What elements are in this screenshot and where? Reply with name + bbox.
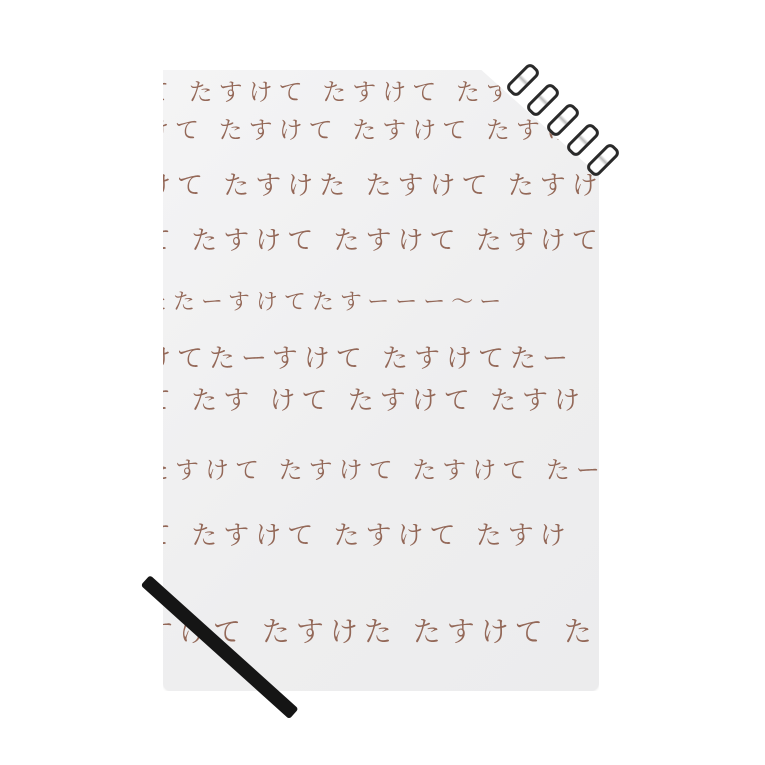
spiral-coil xyxy=(525,82,562,119)
spiral-binding xyxy=(495,62,615,182)
handwriting-line: たたーすけてたすーーー〜ー xyxy=(163,285,507,316)
handwriting-line: て たすけて たすけて たすけて xyxy=(163,220,599,257)
handwriting-line: たすけて たすけて たすけて たー xyxy=(163,450,599,485)
spiral-coil xyxy=(585,142,622,179)
handwriting-line: けてたーすけて たすけてたー xyxy=(163,338,574,375)
spiral-coil xyxy=(565,122,602,159)
handwriting-line: て たすけて たすけて たす xyxy=(163,72,516,107)
handwriting-line: て たすけて たすけて たすけ xyxy=(163,515,572,552)
spiral-coil xyxy=(545,102,582,139)
handwriting-line: て たす けて たすけて たすけ xyxy=(163,380,586,417)
handwriting-line: すけて たすけた たすけて た xyxy=(163,610,598,650)
spiral-coil xyxy=(505,62,542,99)
